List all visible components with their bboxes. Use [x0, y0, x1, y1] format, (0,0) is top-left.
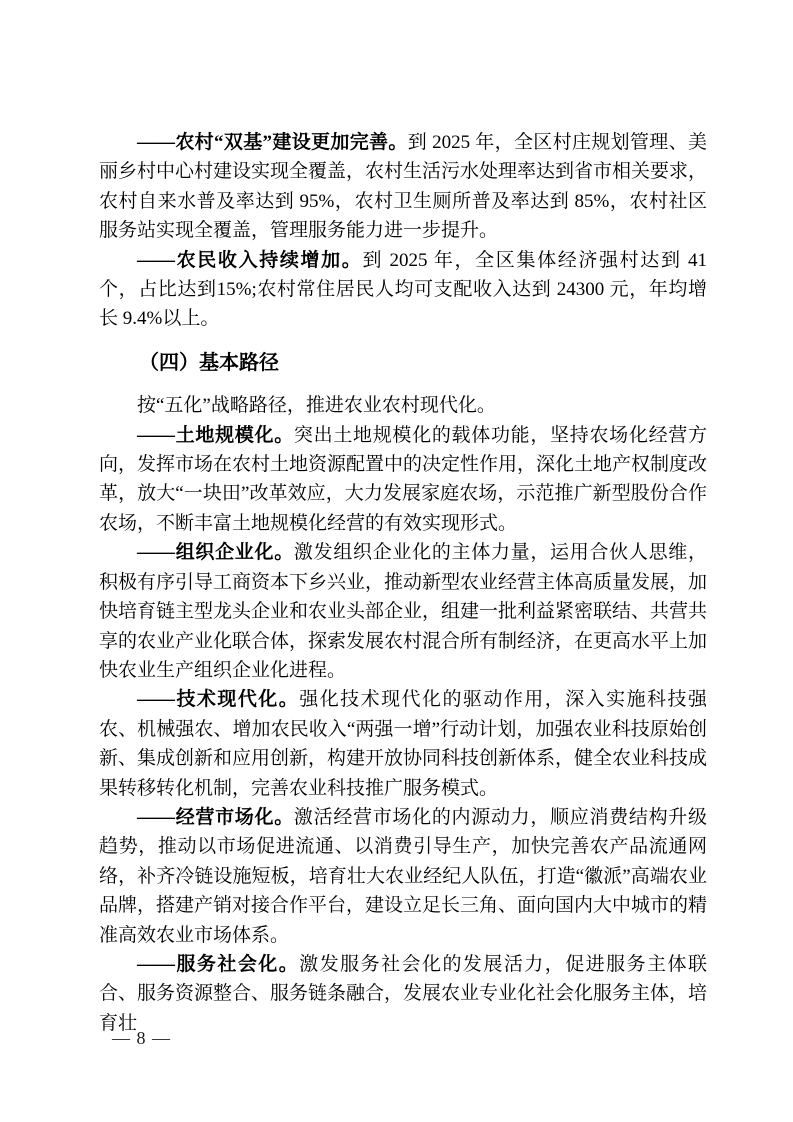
document-page: ——农村“双基”建设更加完善。到 2025 年，全区村庄规划管理、美丽乡村中心村… — [0, 0, 793, 1122]
paragraph-lead: ——土地规模化。 — [137, 425, 294, 446]
document-body: ——农村“双基”建设更加完善。到 2025 年，全区村庄规划管理、美丽乡村中心村… — [99, 128, 707, 1038]
goal-paragraph: ——农村“双基”建设更加完善。到 2025 年，全区村庄规划管理、美丽乡村中心村… — [99, 128, 707, 246]
paragraph-lead: ——经营市场化。 — [137, 807, 294, 828]
path-paragraph: ——服务社会化。激发服务社会化的发展活力，促进服务主体联合、服务资源整合、服务链… — [99, 950, 707, 1038]
paragraph-lead: ——农民收入持续增加。 — [137, 250, 362, 271]
path-paragraph: ——技术现代化。强化技术现代化的驱动作用，深入实施科技强农、机械强农、增加农民收… — [99, 685, 707, 803]
paragraph-lead: ——农村“双基”建设更加完善。 — [137, 132, 408, 153]
path-paragraph: ——土地规模化。突出土地规模化的载体功能，坚持农场化经营方向，发挥市场在农村土地… — [99, 421, 707, 539]
path-paragraph: ——经营市场化。激活经营市场化的内源动力，顺应消费结构升级趋势，推动以市场促进流… — [99, 803, 707, 950]
paragraph-lead: ——服务社会化。 — [137, 954, 299, 975]
goal-paragraph: ——农民收入持续增加。到 2025 年，全区集体经济强村达到 41 个，占比达到… — [99, 246, 707, 334]
section-heading: （四）基本路径 — [99, 349, 707, 378]
path-paragraph: ——组织企业化。激发组织企业化的主体力量，运用合伙人思维，积极有序引导工商资本下… — [99, 538, 707, 685]
page-number: — 8 — — [112, 1028, 171, 1049]
paragraph-lead: ——技术现代化。 — [137, 689, 299, 710]
paragraph-lead: ——组织企业化。 — [137, 542, 294, 563]
section-intro: 按“五化”战略路径，推进农业农村现代化。 — [99, 391, 707, 420]
